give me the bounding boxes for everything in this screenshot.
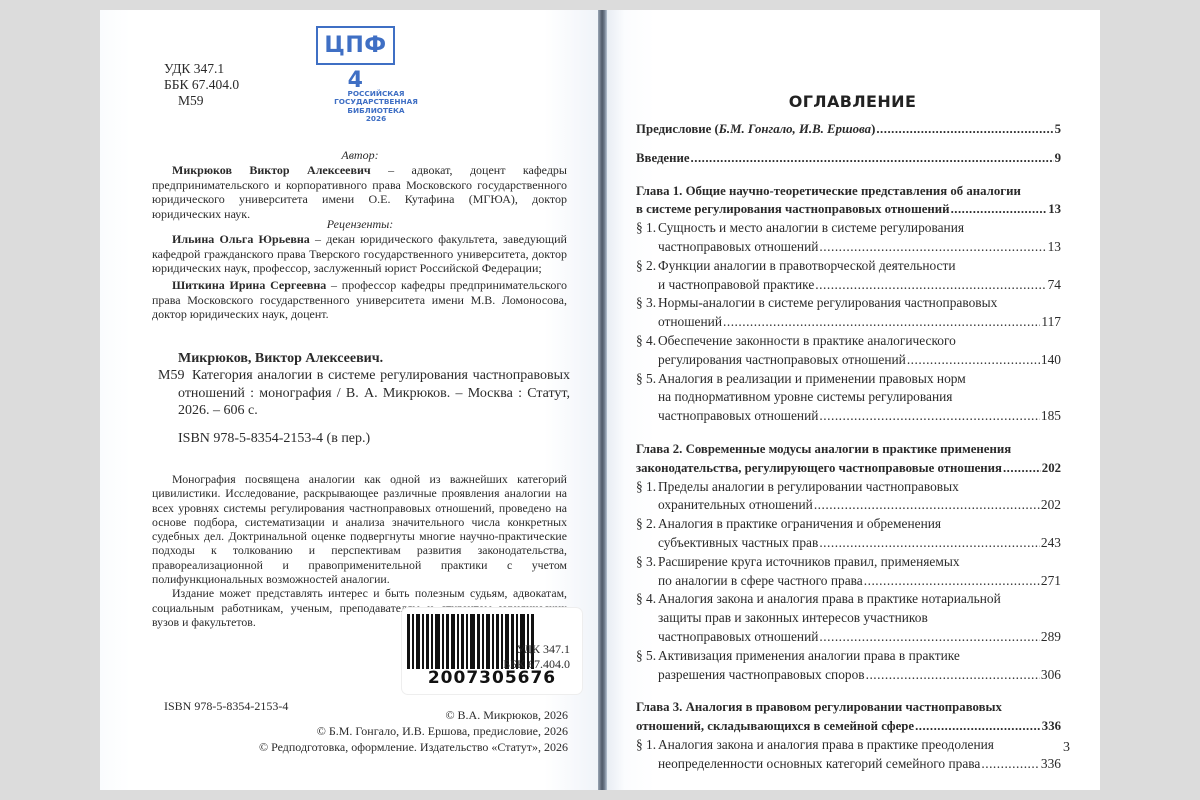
toc-section-title: Аналогия в практике ограничения и обреме…: [658, 516, 941, 531]
toc-chapter-title: Глава 1. Общие научно-теоретические пред…: [636, 184, 1021, 198]
toc-section[interactable]: § 3.Расширение круга источников правил, …: [636, 553, 1061, 591]
library-stamp: РОССИЙСКАЯ ГОСУДАРСТВЕННАЯ БИБЛИОТЕКА 20…: [332, 90, 420, 124]
toc-page-number: 289: [1041, 628, 1061, 647]
barcode-bar: [446, 614, 449, 669]
toc-section-title: Обеспечение законности в практике аналог…: [658, 333, 956, 348]
barcode-bar: [442, 614, 444, 669]
toc-page-number: 243: [1041, 534, 1061, 553]
page-number: 3: [1063, 740, 1070, 756]
toc-section-number: § 3.: [636, 553, 656, 572]
toc-section-number: § 1.: [636, 736, 656, 755]
toc-section-number: § 5.: [636, 370, 656, 389]
toc-section-number: § 1.: [636, 478, 656, 497]
toc-section-title: Аналогия закона и аналогия права в практ…: [658, 591, 1001, 606]
toc-section-title: защиты прав и законных интересов участни…: [658, 610, 928, 625]
toc-section-number: § 2.: [636, 257, 656, 276]
toc-entry-label: Предисловие (: [636, 122, 719, 136]
barcode-bar: [435, 614, 440, 669]
toc-section[interactable]: § 1.Пределы аналогии в регулировании час…: [636, 478, 1061, 516]
leader-dots: [819, 534, 1040, 553]
toc-section-number: § 5.: [636, 647, 656, 666]
toc-section-title: частноправовых отношений: [658, 628, 818, 647]
table-of-contents: Предисловие (Б.М. Гонгало, И.В. Ершова) …: [636, 120, 1061, 774]
toc-page-number: 13: [1048, 238, 1061, 257]
copyright-line: © Б.М. Гонгало, И.В. Ершова, предисловие…: [148, 724, 568, 740]
toc-page-number: 202: [1041, 496, 1061, 515]
toc-entry-preface[interactable]: Предисловие (Б.М. Гонгало, И.В. Ершова) …: [636, 120, 1061, 139]
barcode-bar: [470, 614, 475, 669]
isbn: ISBN 978-5-8354-2153-4 (в пер.): [178, 430, 588, 448]
barcode-bar: [407, 614, 410, 669]
copyright-line: © Редподготовка, оформление. Издательств…: [148, 740, 568, 756]
toc-page-number: 5: [1055, 120, 1061, 139]
leader-dots: [815, 276, 1046, 295]
leader-dots: [819, 407, 1039, 426]
toc-section-title: неопределенности основных категорий семе…: [658, 755, 980, 774]
toc-page-number: 306: [1041, 666, 1061, 685]
toc-section[interactable]: § 4.Обеспечение законности в практике ан…: [636, 332, 1061, 370]
toc-section-title: регулирования частноправовых отношений: [658, 351, 906, 370]
toc-chapter-1[interactable]: Глава 1. Общие научно-теоретические пред…: [636, 182, 1061, 220]
toc-section-title: на поднормативном уровне системы регулир…: [658, 389, 952, 404]
leader-dots: [819, 628, 1039, 647]
spacer: [636, 139, 1061, 149]
toc-entry-label: Введение: [636, 149, 690, 168]
leader-dots: [691, 149, 1054, 168]
book-spread: УДК 347.1 ББК 67.404.0 М59 ЦПФ 4 РОССИЙС…: [100, 10, 1100, 790]
toc-section-title: Аналогия в реализации и применении право…: [658, 371, 966, 386]
toc-page-number: 74: [1048, 276, 1061, 295]
toc-section-title: охранительных отношений: [658, 496, 813, 515]
toc-section-title: субъективных частных прав: [658, 534, 818, 553]
reviewer-2: Шиткина Ирина Сергеевна – профессор кафе…: [152, 278, 567, 322]
barcode-bar: [422, 614, 424, 669]
toc-section-title: Пределы аналогии в регулировании частноп…: [658, 479, 959, 494]
bottom-classification-codes: УДК 347.1 ББК 67.404.0: [500, 642, 570, 672]
udk-code: УДК 347.1: [500, 642, 570, 657]
annotation: Монография посвящена аналогии как одной …: [152, 472, 567, 629]
toc-page-number: 9: [1055, 149, 1061, 168]
toc-chapter-title: Глава 2. Современные модусы аналогии в п…: [636, 442, 1011, 456]
toc-chapter-2[interactable]: Глава 2. Современные модусы аналогии в п…: [636, 440, 1061, 478]
toc-chapter-title: в системе регулирования частноправовых о…: [636, 200, 950, 219]
leader-dots: [864, 572, 1040, 591]
toc-section-title: разрешения частноправовых споров: [658, 666, 865, 685]
bbk-code: ББК 67.404.0: [164, 77, 239, 93]
toc-section[interactable]: § 1.Аналогия закона и аналогия права в п…: [636, 736, 1061, 774]
author-mark: М59: [164, 93, 239, 109]
barcode-bar: [477, 614, 480, 669]
leader-dots: [866, 666, 1040, 685]
toc-section[interactable]: § 2.Функции аналогии в правотворческой д…: [636, 257, 1061, 295]
barcode-bar: [412, 614, 414, 669]
toc-section-number: § 2.: [636, 515, 656, 534]
toc-section[interactable]: § 3.Нормы-аналогии в системе регулирован…: [636, 294, 1061, 332]
classification-codes: УДК 347.1 ББК 67.404.0 М59: [164, 61, 239, 109]
toc-chapter-title: законодательства, регулирующего частнопр…: [636, 459, 1002, 478]
udk-code: УДК 347.1: [164, 61, 239, 77]
toc-page-number: 117: [1041, 313, 1061, 332]
author-bio: Микрюков Виктор Алексеевич – адвокат, до…: [152, 163, 567, 221]
toc-section-number: § 1.: [636, 219, 656, 238]
barcode-bar: [466, 614, 468, 669]
barcode-bar: [486, 614, 490, 669]
toc-section-number: § 4.: [636, 590, 656, 609]
toc-entry-introduction[interactable]: Введение 9: [636, 149, 1061, 168]
toc-section-title: Сущность и место аналогии в системе регу…: [658, 220, 964, 235]
barcode-bar: [426, 614, 429, 669]
toc-page-number: 185: [1041, 407, 1061, 426]
leader-dots: [951, 200, 1048, 219]
author-name: Микрюков Виктор Алексеевич: [172, 163, 371, 177]
toc-chapter-title: Глава 3. Аналогия в правовом регулирован…: [636, 700, 1002, 714]
toc-page-number: 13: [1048, 200, 1061, 219]
author-label: Автор:: [160, 148, 560, 163]
leader-dots: [1003, 459, 1041, 478]
toc-section-title: по аналогии в сфере частного права: [658, 572, 863, 591]
leader-dots: [819, 238, 1046, 257]
right-page-contents: ОГЛАВЛЕНИЕ Предисловие (Б.М. Гонгало, И.…: [605, 10, 1100, 790]
toc-entry-authors: Б.М. Гонгало, И.В. Ершова: [719, 122, 871, 136]
toc-page-number: 336: [1042, 717, 1061, 736]
toc-section-title: Активизация применения аналогии права в …: [658, 648, 960, 663]
leader-dots: [723, 313, 1040, 332]
barcode-bar: [492, 614, 494, 669]
toc-page-number: 336: [1041, 755, 1061, 774]
leader-dots: [907, 351, 1040, 370]
barcode-bar: [416, 614, 420, 669]
leader-dots: [915, 717, 1041, 736]
stamp-line: 2026: [332, 115, 420, 123]
toc-chapter-title: отношений, складывающихся в семейной сфе…: [636, 717, 914, 736]
barcode-bar: [457, 614, 459, 669]
copyrights: © В.А. Микрюков, 2026 © Б.М. Гонгало, И.…: [148, 708, 568, 755]
toc-section-title: Функции аналогии в правотворческой деяте…: [658, 258, 956, 273]
barcode-bar: [461, 614, 464, 669]
barcode-bar: [431, 614, 433, 669]
reviewer-1: Ильина Ольга Юрьевна – декан юридическог…: [152, 232, 567, 276]
toc-section-title: Аналогия закона и аналогия права в практ…: [658, 737, 994, 752]
toc-section-number: § 3.: [636, 294, 656, 313]
bibliographic-description: Категория аналогии в системе регулирован…: [178, 367, 570, 420]
book-spine-gutter: [598, 10, 607, 790]
barcode-bar: [451, 614, 455, 669]
toc-chapter-3[interactable]: Глава 3. Аналогия в правовом регулирован…: [636, 698, 1061, 736]
toc-chapters: Глава 1. Общие научно-теоретические пред…: [636, 182, 1061, 774]
toc-page-number: 271: [1041, 572, 1061, 591]
toc-section-number: § 4.: [636, 332, 656, 351]
left-page-imprint: УДК 347.1 ББК 67.404.0 М59 ЦПФ 4 РОССИЙС…: [100, 10, 605, 790]
reviewers-label: Рецензенты:: [160, 217, 560, 232]
annotation-paragraph: Монография посвящена аналогии как одной …: [152, 472, 567, 586]
toc-entry-paren: ): [871, 122, 875, 136]
toc-section-title: частноправовых отношений: [658, 407, 818, 426]
toc-section[interactable]: § 1.Сущность и место аналогии в системе …: [636, 219, 1061, 257]
toc-section-title: Нормы-аналогии в системе регулирования ч…: [658, 295, 997, 310]
bbk-code: ББК 67.404.0: [500, 657, 570, 672]
leader-dots: [981, 755, 1040, 774]
barcode-bar: [482, 614, 484, 669]
toc-page-number: 202: [1042, 459, 1061, 478]
leader-dots: [814, 496, 1040, 515]
toc-section-title: Расширение круга источников правил, прим…: [658, 554, 960, 569]
bibliographic-author: Микрюков, Виктор Алексеевич.: [178, 350, 588, 368]
toc-section-title: отношений: [658, 313, 722, 332]
toc-page-number: 140: [1041, 351, 1061, 370]
toc-section[interactable]: § 2.Аналогия в практике ограничения и об…: [636, 515, 1061, 553]
toc-title: ОГЛАВЛЕНИЕ: [605, 92, 1100, 111]
copyright-line: © В.А. Микрюков, 2026: [148, 708, 568, 724]
toc-section-title: частноправовых отношений: [658, 238, 818, 257]
toc-section[interactable]: § 5.Аналогия в реализации и применении п…: [636, 370, 1061, 426]
library-stamp-box: ЦПФ 4: [316, 26, 395, 65]
toc-section[interactable]: § 5.Активизация применения аналогии прав…: [636, 647, 1061, 685]
toc-section[interactable]: § 4.Аналогия закона и аналогия права в п…: [636, 590, 1061, 646]
reviewer-name: Ильина Ольга Юрьевна: [172, 232, 310, 246]
leader-dots: [876, 120, 1053, 139]
toc-section-title: и частноправовой практике: [658, 276, 814, 295]
barcode-bar: [496, 614, 499, 669]
reviewer-name: Шиткина Ирина Сергеевна: [172, 278, 326, 292]
